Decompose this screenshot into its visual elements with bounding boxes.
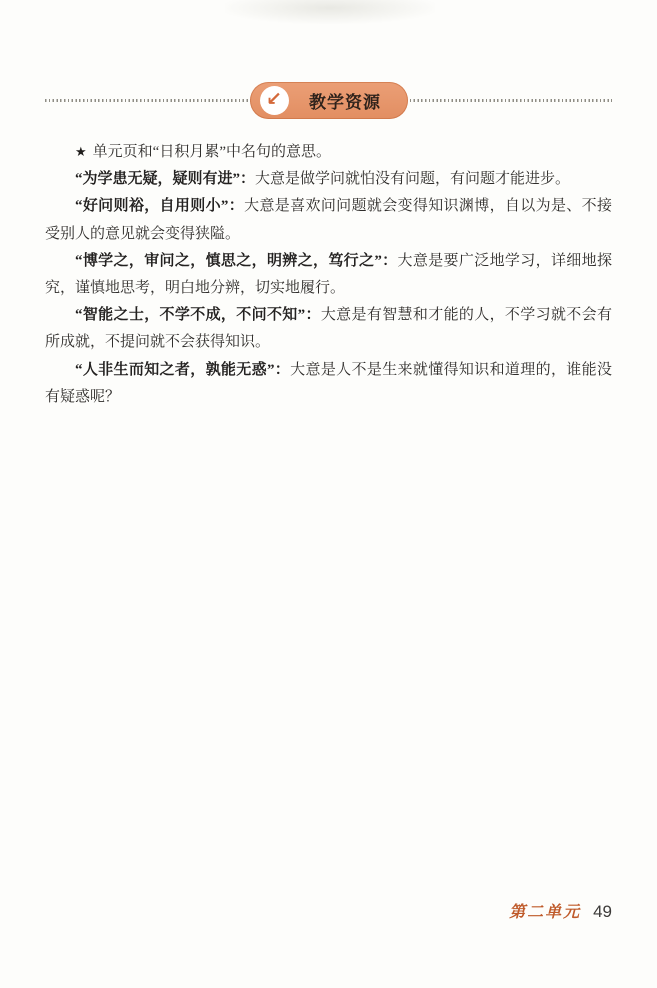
teaching-resources-badge: ↙ 教学资源 [250, 82, 408, 119]
section-header: ↙ 教学资源 [45, 82, 612, 120]
intro-line: ★单元页和“日积月累”中名句的意思。 [45, 139, 612, 166]
quoted-saying: “人非生而知之者，孰能无惑”： [75, 362, 290, 378]
unit-label: 第二单元 [509, 899, 581, 922]
paragraph: “智能之士，不学不成，不问不知”：大意是有智慧和才能的人，不学习就不会有所成就，… [45, 302, 612, 356]
quoted-saying: “好问则裕，自用则小”： [75, 198, 244, 214]
quoted-saying: “智能之士，不学不成，不问不知”： [75, 307, 321, 323]
body-text: ★单元页和“日积月累”中名句的意思。 “为学患无疑，疑则有进”：大意是做学问就怕… [45, 139, 612, 411]
paragraph: “人非生而知之者，孰能无惑”：大意是人不是生来就懂得知识和道理的，谁能没有疑惑呢… [45, 357, 612, 411]
explanation: 大意是做学问就怕没有问题，有问题才能进步。 [255, 171, 570, 187]
quoted-saying: “博学之，审问之，慎思之，明辨之，笃行之”： [75, 253, 398, 269]
paragraph: “博学之，审问之，慎思之，明辨之，笃行之”：大意是要广泛地学习，详细地探究，谨慎… [45, 248, 612, 302]
quoted-saying: “为学患无疑，疑则有进”： [75, 171, 255, 187]
intro-text: 单元页和“日积月累”中名句的意思。 [93, 144, 331, 160]
page-footer: 第二单元 49 [509, 899, 612, 922]
book-page: ↙ 教学资源 ★单元页和“日积月累”中名句的意思。 “为学患无疑，疑则有进”：大… [0, 0, 657, 988]
scan-smudge [225, 0, 435, 24]
arrow-icon-circle: ↙ [260, 86, 289, 115]
down-left-arrow-icon: ↙ [266, 90, 282, 109]
page-number: 49 [593, 902, 612, 922]
paragraph: “好问则裕，自用则小”：大意是喜欢问问题就会变得知识渊博，自以为是、不接受别人的… [45, 193, 612, 247]
star-icon: ★ [75, 145, 87, 160]
paragraph: “为学患无疑，疑则有进”：大意是做学问就怕没有问题，有问题才能进步。 [45, 166, 612, 193]
badge-label: 教学资源 [289, 88, 402, 113]
